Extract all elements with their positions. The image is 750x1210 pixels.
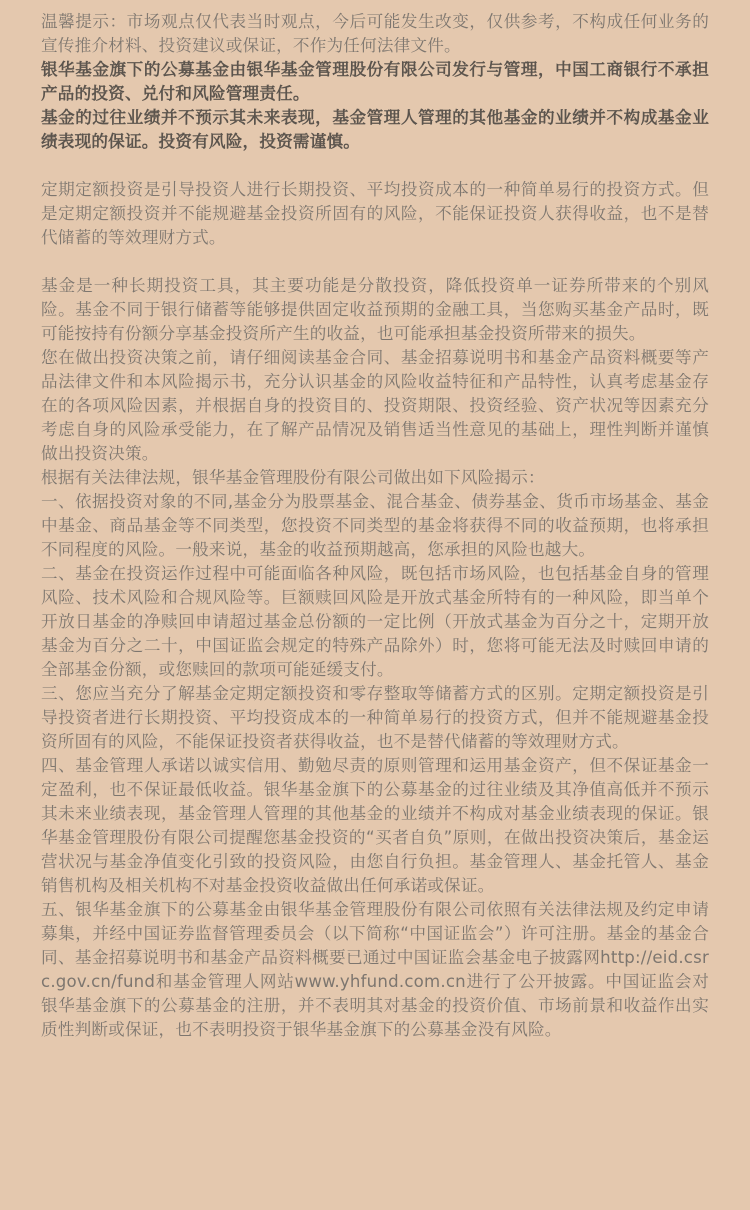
spacer: [41, 250, 709, 274]
fixed-investment-notice: 定期定额投资是引导投资人进行长期投资、平均投资成本的一种简单易行的投资方式。但是…: [41, 178, 709, 250]
risk-item-5: 五、银华基金旗下的公募基金由银华基金管理股份有限公司依照有关法律法规及约定申请募…: [41, 898, 709, 1042]
risk-item-1: 一、依据投资对象的不同,基金分为股票基金、混合基金、债券基金、货币市场基金、基金…: [41, 490, 709, 562]
issuer-statement: 银华基金旗下的公募基金由银华基金管理股份有限公司发行与管理，中国工商银行不承担产…: [41, 58, 709, 106]
risk-disclosure-page: 温馨提示：市场观点仅代表当时观点，今后可能发生改变，仅供参考，不构成任何业务的宣…: [0, 0, 750, 1042]
past-performance-warning: 基金的过往业绩并不预示其未来表现，基金管理人管理的其他基金的业绩并不构成基金业绩…: [41, 106, 709, 154]
decision-advice-paragraph: 您在做出投资决策之前，请仔细阅读基金合同、基金招募说明书和基金产品资料概要等产品…: [41, 346, 709, 466]
spacer: [41, 154, 709, 178]
fund-intro-paragraph: 基金是一种长期投资工具，其主要功能是分散投资，降低投资单一证券所带来的个别风险。…: [41, 274, 709, 346]
risk-item-4: 四、基金管理人承诺以诚实信用、勤勉尽责的原则管理和运用基金资产，但不保证基金一定…: [41, 754, 709, 898]
risk-item-2: 二、基金在投资运作过程中可能面临各种风险，既包括市场风险，也包括基金自身的管理风…: [41, 562, 709, 682]
risk-disclosure-heading: 根据有关法律法规，银华基金管理股份有限公司做出如下风险揭示：: [41, 466, 709, 490]
market-view-tip: 温馨提示：市场观点仅代表当时观点，今后可能发生改变，仅供参考，不构成任何业务的宣…: [41, 10, 709, 58]
risk-item-3: 三、您应当充分了解基金定期定额投资和零存整取等储蓄方式的区别。定期定额投资是引导…: [41, 682, 709, 754]
